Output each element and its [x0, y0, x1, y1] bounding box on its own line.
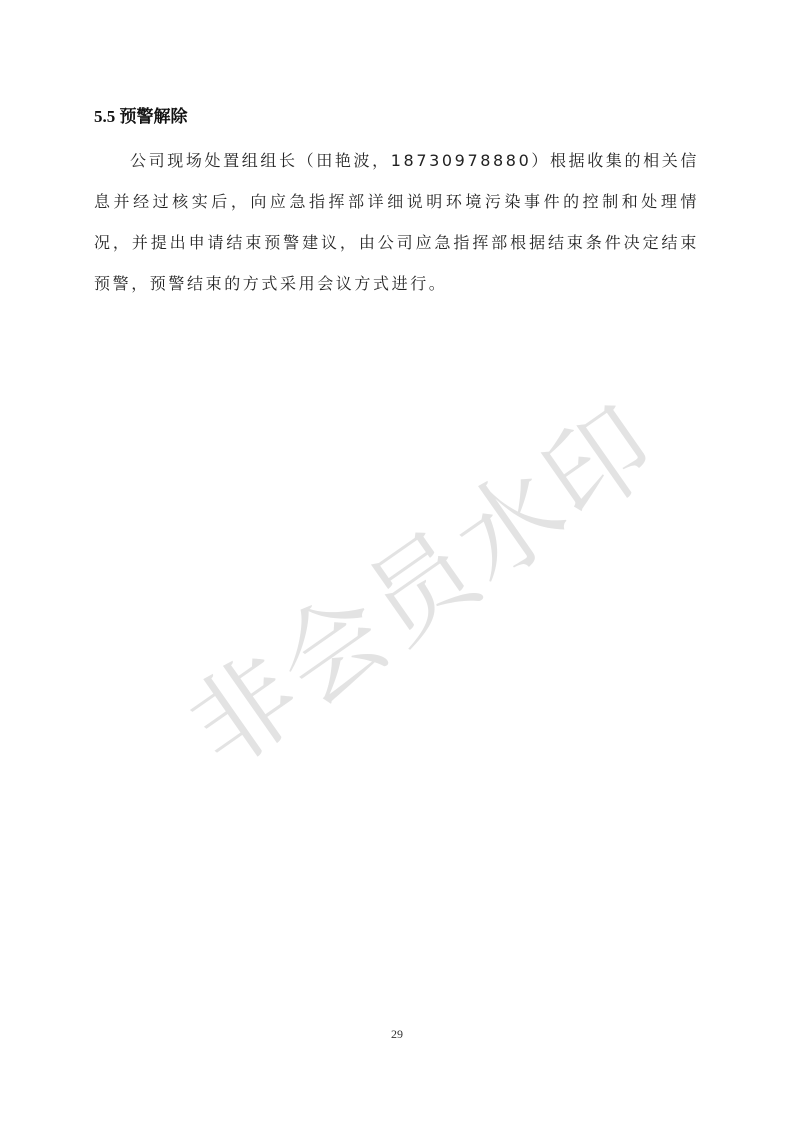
- document-page: 5.5 预警解除 公司现场处置组组长（田艳波，18730978880）根据收集的…: [0, 0, 794, 1123]
- watermark-text: 非会员水印: [154, 374, 666, 795]
- page-number: 29: [0, 1027, 794, 1042]
- body-paragraph: 公司现场处置组组长（田艳波，18730978880）根据收集的相关信息并经过核实…: [94, 140, 699, 304]
- section-heading: 5.5 预警解除: [94, 104, 699, 130]
- page-content: 5.5 预警解除 公司现场处置组组长（田艳波，18730978880）根据收集的…: [94, 104, 699, 304]
